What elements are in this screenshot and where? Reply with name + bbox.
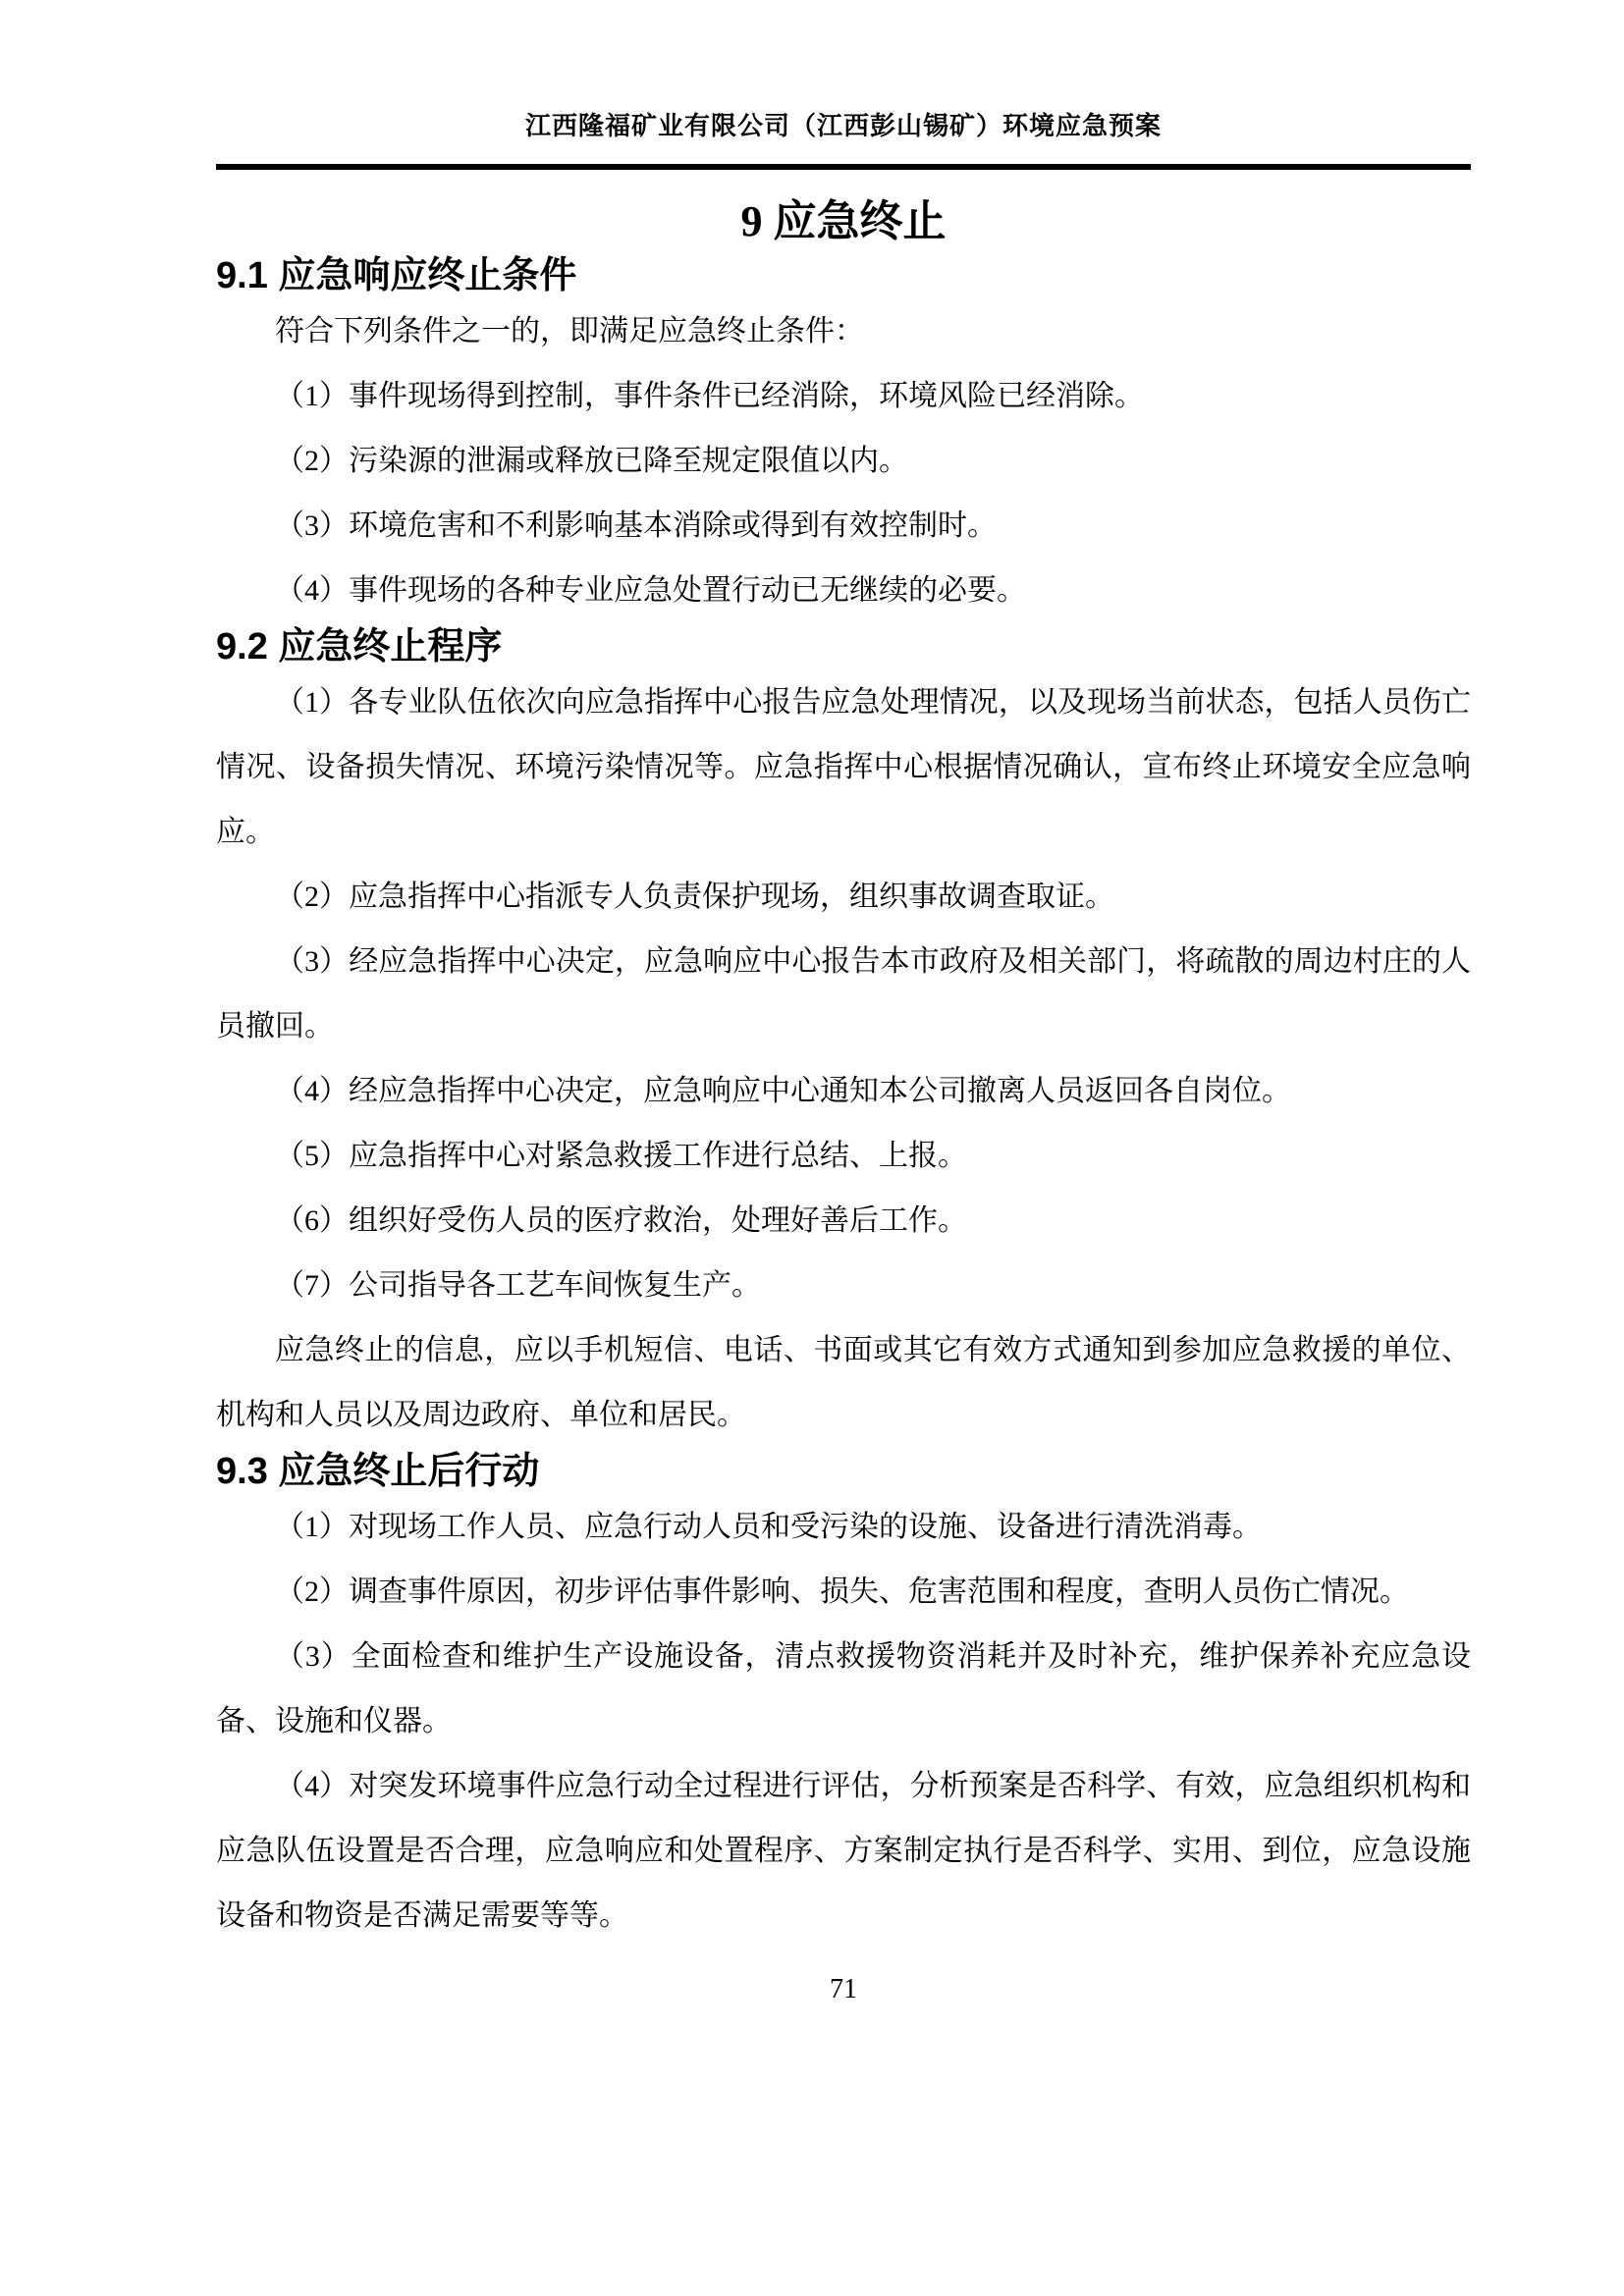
list-item: （2）污染源的泄漏或释放已降至规定限值以内。 [216, 429, 1471, 494]
list-item: （1）各专业队伍依次向应急指挥中心报告应急处理情况，以及现场当前状态，包括人员伤… [216, 670, 1471, 865]
section-9-3: 9.3 应急终止后行动 （1）对现场工作人员、应急行动人员和受污染的设施、设备进… [216, 1448, 1471, 1949]
header-title: 江西隆福矿业有限公司（江西彭山锡矿）环境应急预案 [216, 106, 1471, 147]
paragraph: 符合下列条件之一的，即满足应急终止条件： [216, 299, 1471, 364]
page-number: 71 [216, 1972, 1471, 2007]
section-9-2: 9.2 应急终止程序 （1）各专业队伍依次向应急指挥中心报告应急处理情况，以及现… [216, 623, 1471, 1448]
list-item: （3）经应急指挥中心决定，应急响应中心报告本市政府及相关部门，将疏散的周边村庄的… [216, 930, 1471, 1059]
section-heading-9-3: 9.3 应急终止后行动 [216, 1448, 1471, 1495]
list-item: （5）应急指挥中心对紧急救援工作进行总结、上报。 [216, 1124, 1471, 1189]
header-divider [216, 164, 1471, 170]
page-header: 江西隆福矿业有限公司（江西彭山锡矿）环境应急预案 [216, 106, 1471, 170]
list-item: （3）全面检查和维护生产设施设备，清点救援物资消耗并及时补充，维护保养补充应急设… [216, 1625, 1471, 1754]
document-page: 江西隆福矿业有限公司（江西彭山锡矿）环境应急预案 9 应急终止 9.1 应急响应… [0, 0, 1624, 2296]
chapter-title: 9 应急终止 [216, 191, 1471, 252]
section-heading-9-2: 9.2 应急终止程序 [216, 623, 1471, 670]
list-item: （2）应急指挥中心指派专人负责保护现场，组织事故调查取证。 [216, 865, 1471, 930]
list-item: （2）调查事件原因，初步评估事件影响、损失、危害范围和程度，查明人员伤亡情况。 [216, 1560, 1471, 1625]
list-item: （7）公司指导各工艺车间恢复生产。 [216, 1254, 1471, 1318]
list-item: （4）经应急指挥中心决定，应急响应中心通知本公司撤离人员返回各自岗位。 [216, 1059, 1471, 1124]
list-item: （1）事件现场得到控制，事件条件已经消除，环境风险已经消除。 [216, 364, 1471, 429]
list-item: （4）对突发环境事件应急行动全过程进行评估，分析预案是否科学、有效，应急组织机构… [216, 1754, 1471, 1949]
paragraph: 应急终止的信息，应以手机短信、电话、书面或其它有效方式通知到参加应急救援的单位、… [216, 1318, 1471, 1448]
list-item: （4）事件现场的各种专业应急处置行动已无继续的必要。 [216, 559, 1471, 623]
list-item: （1）对现场工作人员、应急行动人员和受污染的设施、设备进行清洗消毒。 [216, 1495, 1471, 1560]
section-heading-9-1: 9.1 应急响应终止条件 [216, 252, 1471, 299]
list-item: （6）组织好受伤人员的医疗救治，处理好善后工作。 [216, 1189, 1471, 1254]
section-9-1: 9.1 应急响应终止条件 符合下列条件之一的，即满足应急终止条件： （1）事件现… [216, 252, 1471, 623]
list-item: （3）环境危害和不利影响基本消除或得到有效控制时。 [216, 494, 1471, 559]
